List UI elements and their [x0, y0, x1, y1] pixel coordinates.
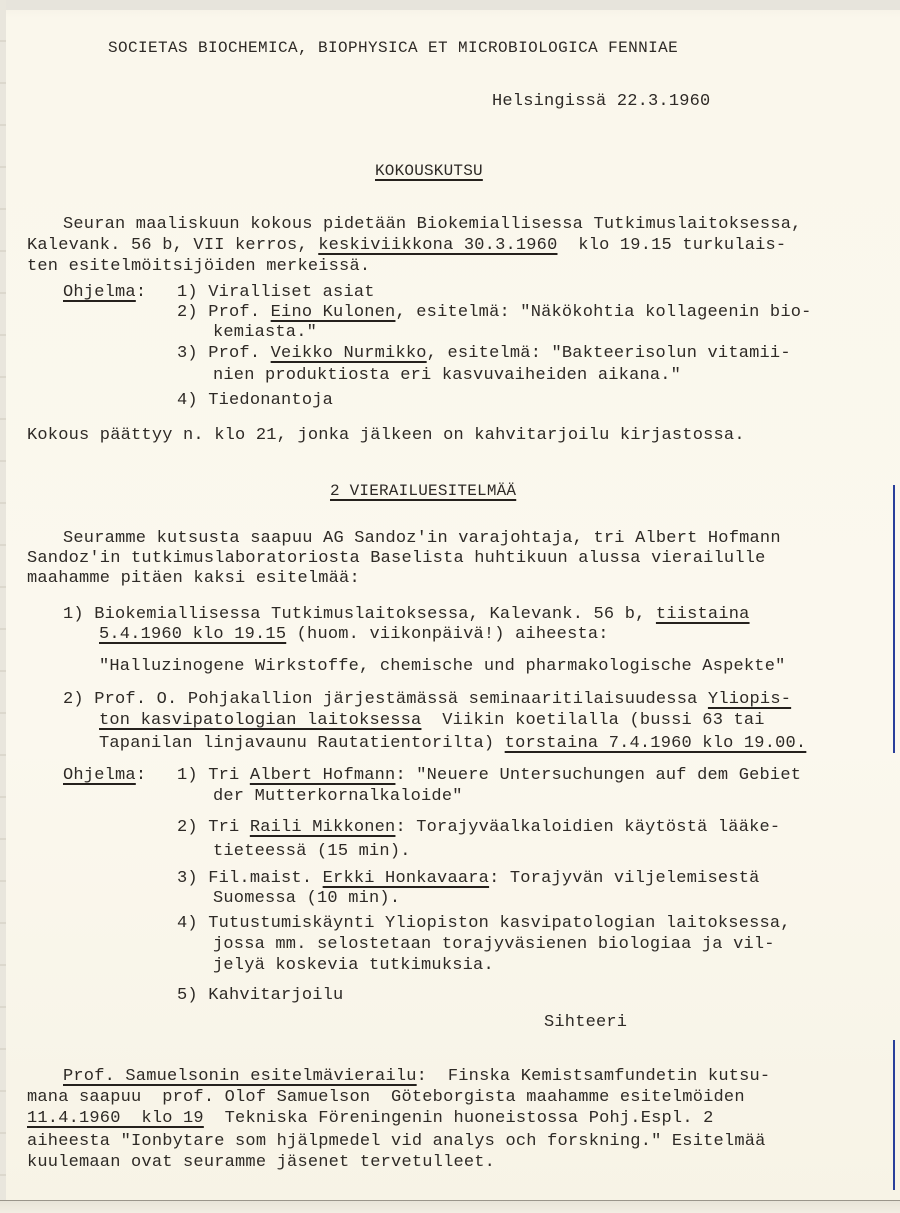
item-number: 5) [177, 986, 198, 1005]
lecture-date-time: 5.4.1960 klo 19.15 [99, 625, 286, 644]
signature: Sihteeri [544, 1013, 627, 1033]
program2-item-2: 2) Tri Raili Mikkonen: Torajyväalkaloidi… [177, 818, 780, 838]
lecture-2-line-1: 2) Prof. O. Pohjakallion järjestämässä s… [63, 690, 791, 710]
lecture-location-cont: ton kasvipatologian laitoksessa [99, 711, 421, 730]
item-title: Tri [208, 766, 250, 785]
program-label-2: Ohjelma: [63, 766, 146, 786]
program2-item-2-cont: tieteessä (15 min). [213, 842, 411, 862]
speaker-name: Erkki Honkavaara [323, 869, 489, 888]
program1-item-3-cont: nien produktiosta eri kasvuvaiheiden aik… [213, 366, 681, 386]
scan-left-edge [0, 0, 6, 1213]
section-title-kokouskutsu: KOKOUSKUTSU [375, 161, 483, 181]
program2-item-4: 4) Tutustumiskäynti Yliopiston kasvipato… [177, 914, 791, 934]
samuelson-line-5: kuulemaan ovat seuramme jäsenet tervetul… [27, 1153, 495, 1173]
program-label-1: Ohjelma: [63, 283, 146, 303]
samuelson-heading: Prof. Samuelsonin esitelmävierailu [63, 1067, 417, 1086]
lecture-location: Yliopis- [708, 690, 791, 709]
program2-item-4-cont-1: jossa mm. selostetaan torajyväsienen bio… [213, 935, 775, 955]
scan-top-edge [0, 0, 900, 10]
section-title-visiting-lectures: 2 VIERAILUESITELMÄÄ [330, 481, 516, 501]
speaker-name: Veikko Nurmikko [271, 344, 427, 363]
visit-intro-line-3: maahamme pitäen kaksi esitelmää: [27, 569, 360, 589]
samuelson-line-3: 11.4.1960 klo 19 Tekniska Föreningenin h… [27, 1109, 714, 1129]
lecture-organizer: Prof. O. Pohjakallion järjestämässä semi… [94, 690, 708, 709]
program2-item-5: 5) Kahvitarjoilu [177, 986, 343, 1006]
program2-item-3-cont: Suomessa (10 min). [213, 889, 400, 909]
meeting-paragraph-line-2: Kalevank. 56 b, VII kerros, keskiviikkon… [27, 236, 786, 256]
lecture-location: Biokemiallisessa Tutkimuslaitoksessa, Ka… [94, 605, 656, 624]
program2-item-1: 1) Tri Albert Hofmann: "Neuere Untersuch… [177, 766, 801, 786]
program2-item-1-cont: der Mutterkornalkaloide" [213, 787, 463, 807]
item-number: 1) [177, 766, 198, 785]
margin-line-bottom [893, 1040, 895, 1190]
program-label-colon: : [136, 766, 146, 785]
speaker-name: Raili Mikkonen [250, 818, 396, 837]
item-number: 1) [63, 605, 84, 624]
item-text: Kahvitarjoilu [208, 986, 343, 1005]
speaker-name: Eino Kulonen [271, 303, 396, 322]
meeting-location: Kalevank. 56 b, VII kerros, [27, 236, 318, 255]
lecture-2-line-3: Tapanilan linjavaunu Rautatientorilta) t… [99, 734, 806, 754]
item-number: 1) [177, 283, 198, 302]
item-text: : Torajyväalkaloidien käytöstä lääke- [395, 818, 780, 837]
letterhead: SOCIETAS BIOCHEMICA, BIOPHYSICA ET MICRO… [108, 38, 678, 58]
samuelson-line-2: mana saapuu prof. Olof Samuelson Götebor… [27, 1088, 745, 1108]
item-number: 2) [177, 303, 198, 322]
lecture-1-title: "Halluzinogene Wirkstoffe, chemische und… [99, 657, 786, 677]
samuelson-location: Tekniska Föreningenin huoneistossa Pohj.… [204, 1109, 714, 1128]
item-text: Tutustumiskäynti Yliopiston kasvipatolog… [208, 914, 791, 933]
program2-item-3: 3) Fil.maist. Erkki Honkavaara: Torajyvä… [177, 869, 760, 889]
lecture-1-line-1: 1) Biokemiallisessa Tutkimuslaitoksessa,… [63, 605, 750, 625]
program2-item-4-cont-2: jelyä koskevia tutkimuksia. [213, 956, 494, 976]
item-number: 3) [177, 344, 198, 363]
item-text: Viralliset asiat [208, 283, 374, 302]
item-number: 2) [63, 690, 84, 709]
speaker-name: Albert Hofmann [250, 766, 396, 785]
lecture-date-time: torstaina 7.4.1960 klo 19.00. [505, 734, 807, 753]
item-number: 4) [177, 391, 198, 410]
program1-item-2: 2) Prof. Eino Kulonen, esitelmä: "Näköko… [177, 303, 812, 323]
item-text: : Torajyvän viljelemisestä [489, 869, 759, 888]
meeting-paragraph-line-3: ten esitelmöitsijöiden merkeissä. [27, 257, 370, 277]
meeting-closing: Kokous päättyy n. klo 21, jonka jälkeen … [27, 426, 745, 446]
lecture-directions-cont: Tapanilan linjavaunu Rautatientorilta) [99, 734, 505, 753]
lecture-day: tiistaina [656, 605, 750, 624]
samuelson-line-1: Prof. Samuelsonin esitelmävierailu: Fins… [63, 1067, 770, 1087]
document-page: SOCIETAS BIOCHEMICA, BIOPHYSICA ET MICRO… [0, 0, 900, 1213]
samuelson-line-4: aiheesta "Ionbytare som hjälpmedel vid a… [27, 1132, 766, 1152]
item-text: , esitelmä: "Bakteerisolun vitamii- [427, 344, 791, 363]
item-number: 3) [177, 869, 198, 888]
item-title: Fil.maist. [208, 869, 322, 888]
program-label-colon: : [136, 283, 146, 302]
lecture-note: (huom. viikonpäivä!) aiheesta: [286, 625, 608, 644]
item-title: Tri [208, 818, 250, 837]
scan-bottom-edge [0, 1200, 900, 1213]
program-label-text: Ohjelma [63, 766, 136, 785]
item-title: Prof. [208, 344, 270, 363]
samuelson-text: : Finska Kemistsamfundetin kutsu- [417, 1067, 771, 1086]
meeting-date: keskiviikkona 30.3.1960 [318, 236, 557, 255]
samuelson-date-time: 11.4.1960 klo 19 [27, 1109, 204, 1128]
margin-line-top [893, 485, 895, 753]
lecture-2-line-2: ton kasvipatologian laitoksessa Viikin k… [99, 711, 765, 731]
program1-item-4: 4) Tiedonantoja [177, 391, 333, 411]
item-text: Tiedonantoja [208, 391, 333, 410]
visit-intro-line-1: Seuramme kutsusta saapuu AG Sandoz'in va… [63, 529, 781, 549]
item-text: , esitelmä: "Näkökohtia kollageenin bio- [395, 303, 811, 322]
program1-item-2-cont: kemiasta." [213, 323, 317, 343]
place-date: Helsingissä 22.3.1960 [492, 92, 710, 112]
lecture-directions: Viikin koetilalla (bussi 63 tai [421, 711, 764, 730]
program1-item-1: 1) Viralliset asiat [177, 283, 375, 303]
item-text: : "Neuere Untersuchungen auf dem Gebiet [395, 766, 801, 785]
meeting-paragraph-line-1: Seuran maaliskuun kokous pidetään Biokem… [63, 215, 802, 235]
meeting-time: klo 19.15 turkulais- [558, 236, 787, 255]
visit-intro-line-2: Sandoz'in tutkimuslaboratoriosta Baselis… [27, 549, 766, 569]
item-number: 4) [177, 914, 198, 933]
program1-item-3: 3) Prof. Veikko Nurmikko, esitelmä: "Bak… [177, 344, 791, 364]
item-title: Prof. [208, 303, 270, 322]
program-label-text: Ohjelma [63, 283, 136, 302]
item-number: 2) [177, 818, 198, 837]
lecture-1-line-2: 5.4.1960 klo 19.15 (huom. viikonpäivä!) … [99, 625, 609, 645]
